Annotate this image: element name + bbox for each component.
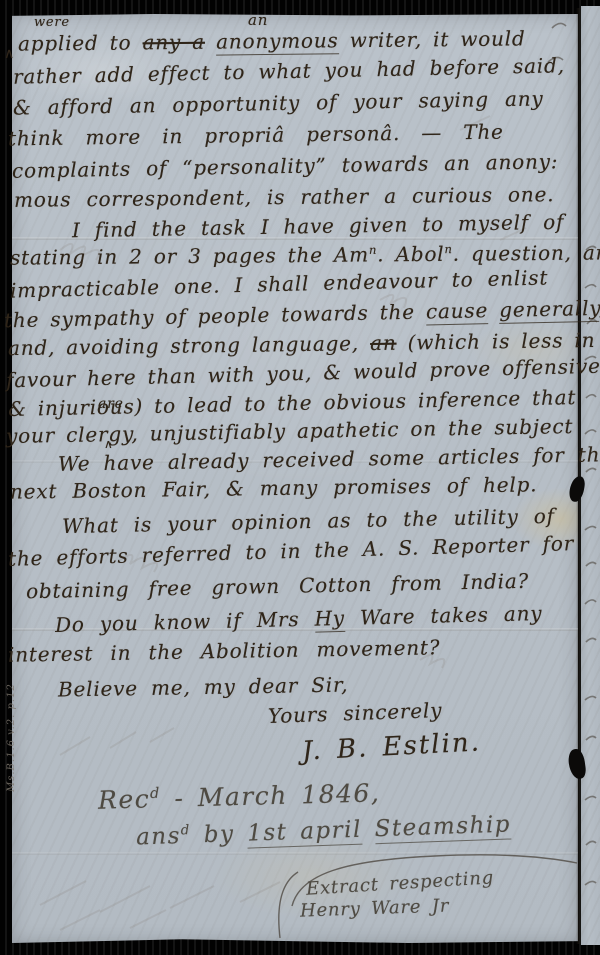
text-segment: writer, it would (338, 26, 525, 52)
text-segment: . Abol (377, 242, 444, 267)
caret-mark: ∧ (104, 438, 114, 452)
fold-crease (12, 852, 578, 855)
struck-text: any a (142, 30, 205, 55)
superscript: d (180, 823, 191, 838)
text-segment (205, 30, 216, 54)
underlined-text: cause (426, 298, 489, 325)
scanned-letter-page: were an applied to any a anonymous write… (0, 0, 600, 955)
text-segment: (which is less in (396, 328, 595, 355)
text-segment: stating in 2 or 3 pages the Am (10, 242, 369, 269)
underlined-text: 1st april (247, 817, 363, 849)
text-segment: ans (136, 823, 182, 851)
underlined-text: anonymous (216, 28, 339, 55)
text-segment: by (191, 821, 248, 849)
text-segment: and, avoiding strong language, (8, 331, 370, 360)
text-segment: Ware takes any (345, 601, 543, 630)
insertion-are: are (98, 396, 124, 412)
text-segment (488, 298, 500, 322)
text-segment: . question, an (453, 240, 600, 265)
underlined-text: Steamship (374, 811, 511, 844)
superscript: n (444, 242, 452, 256)
insertion-were: were (34, 16, 70, 31)
struck-text: an (370, 331, 397, 355)
text-segment: applied to (18, 30, 143, 55)
superscript: d (150, 786, 161, 802)
text-segment: - March 1846, (161, 778, 381, 813)
caret-mark: ∧ (4, 46, 15, 62)
text-segment (361, 816, 375, 842)
text-segment: your clergy, (6, 422, 139, 448)
underlined-text: Hy (314, 606, 345, 633)
adjacent-page-edge (581, 6, 600, 945)
insertion-an: an (248, 12, 268, 29)
text-segment: Rec (98, 784, 151, 814)
underlined-text: generally (499, 296, 599, 324)
shelfmark: Ms.B.1.6 v.2. p.12 (6, 683, 17, 792)
